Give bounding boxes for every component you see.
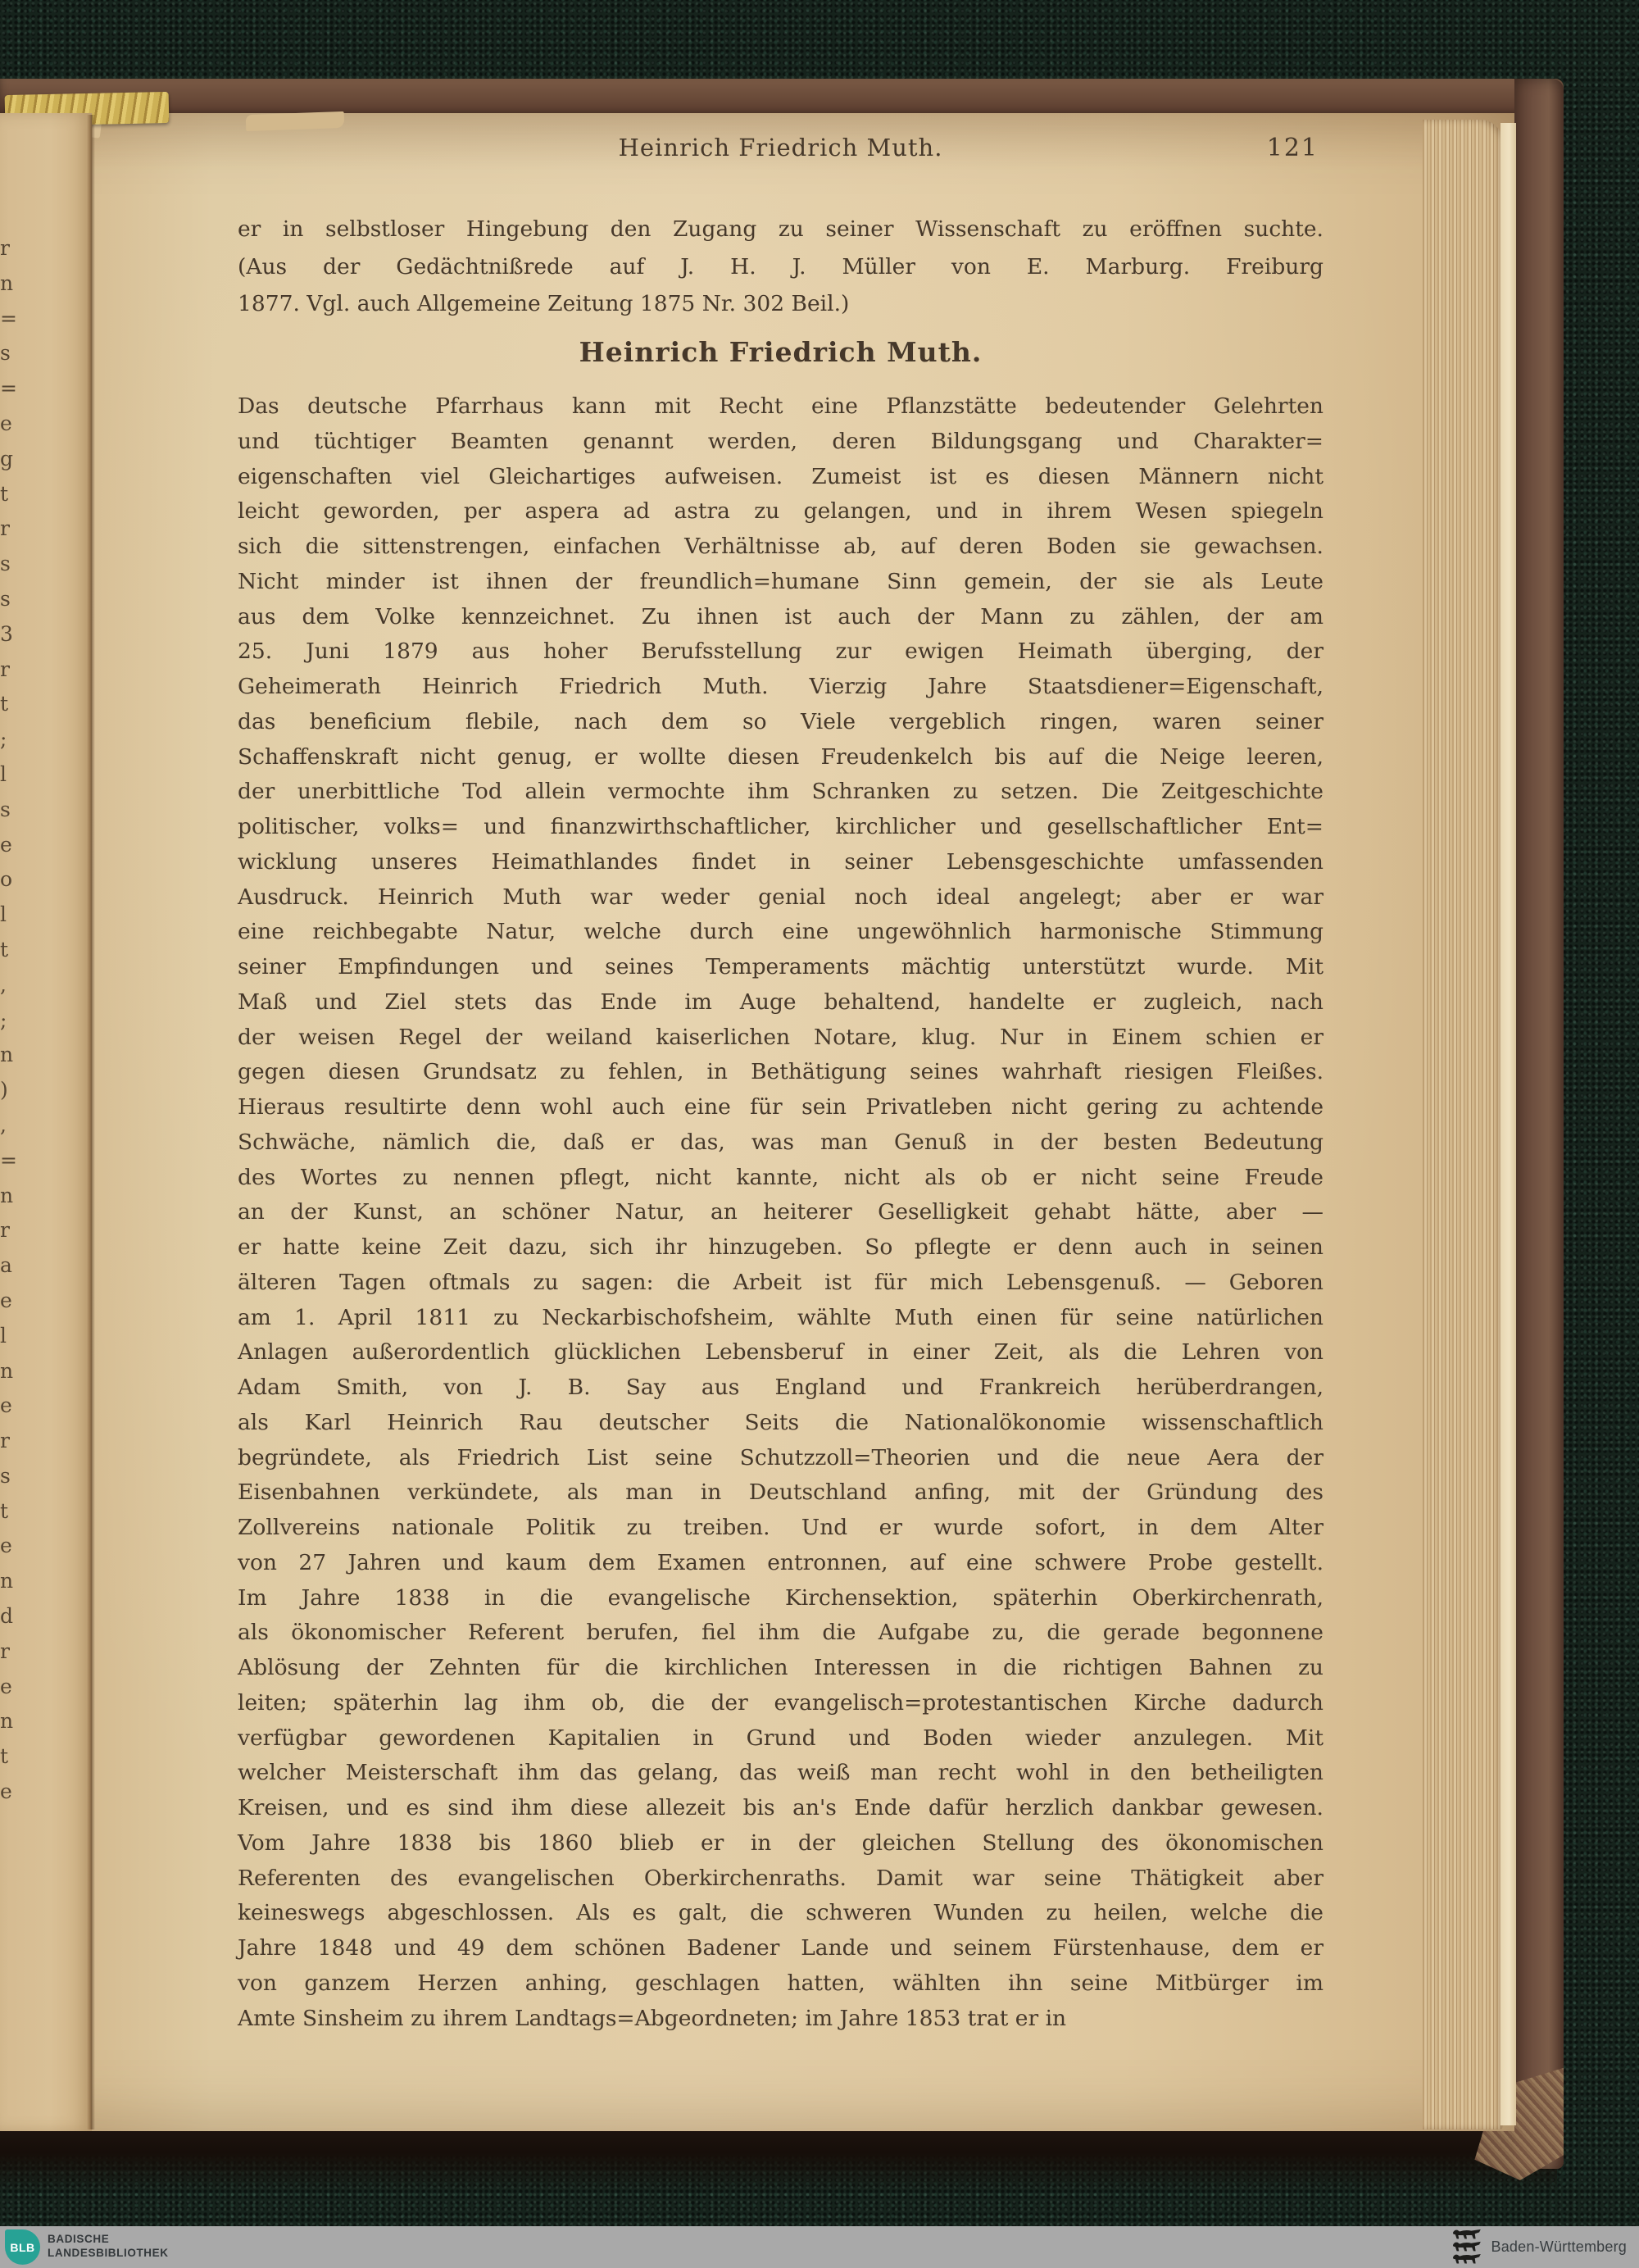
- text-line: Ausdruck. Heinrich Muth war weder genial…: [238, 880, 1323, 916]
- running-head-title: Heinrich Friedrich Muth.: [619, 134, 943, 161]
- text-line: Referenten des evangelischen Oberkirchen…: [238, 1861, 1323, 1897]
- letter-fragment: l: [0, 1319, 18, 1354]
- text-line: Geheimerath Heinrich Friedrich Muth. Vie…: [238, 670, 1323, 705]
- text-line: Anlagen außerordentlich glücklichen Lebe…: [238, 1335, 1323, 1370]
- letter-fragment: l: [0, 898, 18, 933]
- text-line: Jahre 1848 und 49 dem schönen Badener La…: [238, 1931, 1323, 1966]
- text-line: Ablösung der Zehnten für die kirchlichen…: [238, 1651, 1323, 1686]
- book-cover-right-edge: [1514, 79, 1564, 2169]
- library-name-line1: BADISCHE: [48, 2232, 169, 2246]
- text-line: 25. Juni 1879 aus hoher Berufsstellung z…: [238, 634, 1323, 670]
- letter-fragment: ;: [0, 722, 18, 757]
- letter-fragment: t: [0, 1494, 18, 1529]
- letter-fragment: g: [0, 442, 18, 477]
- library-name: BADISCHE LANDESBIBLIOTHEK: [48, 2232, 169, 2260]
- book-cover-top-edge: [0, 79, 1564, 118]
- text-line: er hatte keine Zeit dazu, sich ihr hinzu…: [238, 1230, 1323, 1266]
- letter-fragment: e: [0, 828, 18, 863]
- page-number: 121: [1267, 134, 1319, 162]
- text-line: 1877. Vgl. auch Allgemeine Zeitung 1875 …: [238, 285, 1323, 323]
- intro-paragraph: er in selbstloser Hingebung den Zugang z…: [238, 211, 1323, 323]
- text-line: politischer, volks= und finanzwirthschaf…: [238, 810, 1323, 845]
- text-line: das beneficium flebile, nach dem so Viel…: [238, 705, 1323, 740]
- letter-fragment: =: [0, 302, 18, 337]
- state-name: Baden-Württemberg: [1491, 2238, 1627, 2256]
- digitization-footer-bar: BLB BADISCHE LANDESBIBLIOTHEK Baden-Würt…: [0, 2226, 1639, 2268]
- letter-fragment: e: [0, 1670, 18, 1705]
- text-line: Zollvereins nationale Politik zu treiben…: [238, 1511, 1323, 1546]
- text-line: der unerbittliche Tod allein vermochte i…: [238, 775, 1323, 810]
- library-name-line2: LANDESBIBLIOTHEK: [48, 2246, 169, 2260]
- letter-fragment: =: [0, 371, 18, 407]
- letter-fragment: r: [0, 1424, 18, 1459]
- text-line: Kreisen, und es sind ihm diese allezeit …: [238, 1791, 1323, 1826]
- letter-fragment: t: [0, 687, 18, 722]
- letter-fragment: t: [0, 933, 18, 968]
- blb-logo: BLB: [5, 2229, 40, 2265]
- letter-fragment: e: [0, 1775, 18, 1810]
- letter-fragment: t: [0, 1739, 18, 1775]
- running-head: Heinrich Friedrich Muth. 121: [238, 134, 1323, 168]
- text-line: begründete, als Friedrich List seine Sch…: [238, 1441, 1323, 1476]
- body-paragraph: Das deutsche Pfarrhaus kann mit Recht ei…: [238, 389, 1323, 2036]
- letter-fragment: r: [0, 652, 18, 688]
- bw-coat-of-arms-icon: [1451, 2229, 1483, 2266]
- text-line: aus dem Volke kennzeichnet. Zu ihnen ist…: [238, 600, 1323, 635]
- text-line: am 1. April 1811 zu Neckarbischofsheim, …: [238, 1301, 1323, 1336]
- letter-fragment: r: [0, 1213, 18, 1248]
- text-line: wicklung unseres Heimathlandes findet in…: [238, 845, 1323, 880]
- letter-fragment: s: [0, 547, 18, 582]
- text-line: älteren Tagen oftmals zu sagen: die Arbe…: [238, 1266, 1323, 1301]
- letter-fragment: e: [0, 1389, 18, 1424]
- page-stack-fore-edge: [1423, 120, 1503, 2129]
- text-line: als ökonomischer Referent berufen, fiel …: [238, 1616, 1323, 1651]
- letter-fragment: e: [0, 407, 18, 442]
- letter-fragment: s: [0, 1459, 18, 1494]
- text-line: Hieraus resultirte denn wohl auch eine f…: [238, 1090, 1323, 1125]
- text-line: eine reichbegabte Natur, welche durch ei…: [238, 915, 1323, 950]
- letter-fragment: d: [0, 1599, 18, 1634]
- text-line: und tüchtiger Beamten genannt werden, de…: [238, 425, 1323, 460]
- gutter-crease: [87, 115, 95, 2129]
- letter-fragment: s: [0, 582, 18, 617]
- letter-fragment: r: [0, 511, 18, 547]
- text-line: gegen diesen Grundsatz zu fehlen, in Bet…: [238, 1055, 1323, 1090]
- letter-fragment: s: [0, 793, 18, 828]
- letter-fragment: e: [0, 1529, 18, 1564]
- text-line: sich die sittenstrengen, einfachen Verhä…: [238, 530, 1323, 565]
- blb-logo-text: BLB: [10, 2241, 34, 2254]
- letter-fragment: ,: [0, 1108, 18, 1143]
- text-line: Schaffenskraft nicht genug, er wollte di…: [238, 740, 1323, 775]
- state-branding: Baden-Württemberg: [1451, 2228, 1627, 2266]
- letter-fragment: r: [0, 1634, 18, 1670]
- text-line: verfügbar gewordenen Kapitalien in Grund…: [238, 1721, 1323, 1757]
- text-line: leiten; späterhin lag ihm ob, die der ev…: [238, 1686, 1323, 1721]
- letter-fragment: n: [0, 1038, 18, 1073]
- letter-fragment: 3: [0, 617, 18, 652]
- letter-fragment: ,: [0, 968, 18, 1003]
- torn-paper-bit: [246, 111, 345, 131]
- text-line: welcher Meisterschaft ihm das gelang, da…: [238, 1756, 1323, 1791]
- text-line: Maß und Ziel stets das Ende im Auge beha…: [238, 985, 1323, 1020]
- letter-fragment: n: [0, 1704, 18, 1739]
- text-line: Im Jahre 1838 in die evangelische Kirche…: [238, 1581, 1323, 1616]
- text-line: der weisen Regel der weiland kaiserliche…: [238, 1020, 1323, 1056]
- scanned-book-photo: rn=s=egtrss3rt;lseolt,;n),=nraelnerstend…: [0, 0, 1639, 2268]
- letter-fragment: n: [0, 1179, 18, 1214]
- letter-fragment: l: [0, 757, 18, 793]
- section-heading: Heinrich Friedrich Muth.: [238, 336, 1323, 368]
- text-line: von ganzem Herzen anhing, geschlagen hat…: [238, 1966, 1323, 2002]
- text-line: Adam Smith, von J. B. Say aus England un…: [238, 1370, 1323, 1406]
- letter-fragment: r: [0, 231, 18, 266]
- text-line: als Karl Heinrich Rau deutscher Seits di…: [238, 1406, 1323, 1441]
- text-line: Nicht minder ist ihnen der freundlich=hu…: [238, 565, 1323, 600]
- letter-fragment: n: [0, 1354, 18, 1389]
- text-line: (Aus der Gedächtnißrede auf J. H. J. Mül…: [238, 248, 1323, 286]
- text-line: eigenschaften viel Gleichartiges aufweis…: [238, 460, 1323, 495]
- text-line: leicht geworden, per aspera ad astra zu …: [238, 494, 1323, 530]
- text-line: keineswegs abgeschlossen. Als es galt, d…: [238, 1896, 1323, 1931]
- text-line: an der Kunst, an schöner Natur, an heite…: [238, 1195, 1323, 1230]
- letter-fragment: =: [0, 1143, 18, 1179]
- text-line: Amte Sinsheim zu ihrem Landtags=Abgeordn…: [238, 2002, 1323, 2037]
- page-bottom-shadow: [0, 2121, 1557, 2192]
- letter-fragment: s: [0, 336, 18, 371]
- letter-fragment: o: [0, 862, 18, 898]
- letter-fragment: e: [0, 1284, 18, 1319]
- page-stack-inner-edge: [1501, 123, 1516, 2125]
- text-line: er in selbstloser Hingebung den Zugang z…: [238, 211, 1323, 248]
- letter-fragment: ): [0, 1073, 18, 1108]
- facing-page-letter-fragments: rn=s=egtrss3rt;lseolt,;n),=nraelnerstend…: [0, 231, 18, 1810]
- text-line: von 27 Jahren und kaum dem Examen entron…: [238, 1546, 1323, 1581]
- text-line: seiner Empfindungen und seines Temperame…: [238, 950, 1323, 985]
- letter-fragment: n: [0, 266, 18, 302]
- text-line: Schwäche, nämlich die, daß er das, was m…: [238, 1125, 1323, 1161]
- text-line: Eisenbahnen verkündete, als man in Deuts…: [238, 1475, 1323, 1511]
- letter-fragment: a: [0, 1248, 18, 1284]
- letter-fragment: ;: [0, 1003, 18, 1039]
- text-line: Das deutsche Pfarrhaus kann mit Recht ei…: [238, 389, 1323, 425]
- letter-fragment: t: [0, 477, 18, 512]
- letter-fragment: n: [0, 1564, 18, 1599]
- text-line: Vom Jahre 1838 bis 1860 blieb er in der …: [238, 1826, 1323, 1861]
- text-line: des Wortes zu nennen pflegt, nicht kannt…: [238, 1161, 1323, 1196]
